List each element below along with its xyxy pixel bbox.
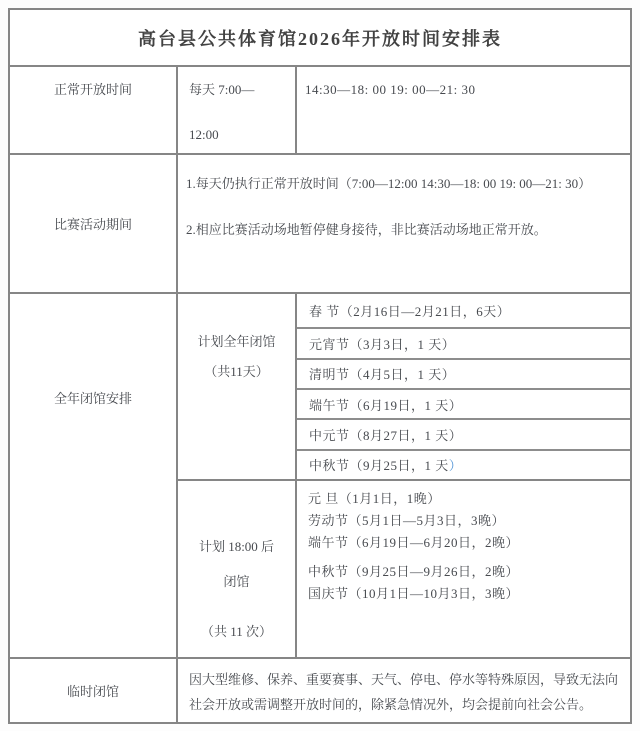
full-day-closure-section: 计划全年闭馆 （共11天） 春 节（2月16日—2月21日，6天） 元宵节（3月… (178, 294, 630, 481)
competition-notes-cell: 1.每天仍执行正常开放时间（7:00—12:00 14:30—18: 00 19… (178, 155, 630, 292)
evening-plan-line1: 计划 18:00 后 (178, 537, 295, 556)
evening-row-new-year: 元 旦（1月1日，1晚） (308, 488, 630, 510)
annual-closure-label: 全年闭馆安排 (10, 294, 178, 657)
row-competition: 比赛活动期间 1.每天仍执行正常开放时间（7:00—12:00 14:30—18… (10, 153, 630, 292)
evening-row-national-day: 国庆节（10月1日—10月3日，3晚） (308, 583, 630, 605)
competition-note-1: 1.每天仍执行正常开放时间（7:00—12:00 14:30—18: 00 19… (186, 162, 622, 205)
row-temporary-closure: 临时闭馆 因大型维修、保养、重要赛事、天气、停电、停水等特殊原因，导致无法向社会… (10, 657, 630, 722)
holiday-row-zhongyuan: 中元节（8月27日，1 天） (297, 420, 630, 450)
competition-label: 比赛活动期间 (10, 155, 178, 292)
page-title: 高台县公共体育馆2026年开放时间安排表 (138, 25, 502, 51)
page: 高台县公共体育馆2026年开放时间安排表 正常开放时间 每天 7:00— 12:… (0, 0, 640, 731)
schedule-table: 高台县公共体育馆2026年开放时间安排表 正常开放时间 每天 7:00— 12:… (8, 8, 632, 724)
row-normal-hours: 正常开放时间 每天 7:00— 12:00 14:30—18: 00 19: 0… (10, 65, 630, 153)
holiday-row-dragon-boat: 端午节（6月19日，1 天） (297, 390, 630, 420)
holiday-row-spring-festival: 春 节（2月16日—2月21日，6天） (297, 294, 630, 329)
holiday-row-qingming: 清明节（4月5日，1 天） (297, 360, 630, 390)
holiday-row-mid-autumn: 中秋节（9月25日，1 天） (297, 451, 630, 479)
evening-row-dragon-boat: 端午节（6月19日—6月20日，2晚） (308, 532, 630, 554)
evening-closure-section: 计划 18:00 后 闭馆 （共 11 次） 元 旦（1月1日，1晚） 劳动节（… (178, 481, 630, 657)
evening-plan-line2: 闭馆 (178, 572, 295, 591)
mid-autumn-blue-paren: ） (449, 455, 463, 474)
mid-autumn-text: 中秋节（9月25日，1 天 (309, 455, 449, 474)
evening-plan-cell: 计划 18:00 后 闭馆 （共 11 次） (178, 481, 297, 657)
evening-holiday-block-2: 中秋节（9月25日—9月26日，2晚） 国庆节（10月1日—10月3日，3晚） (308, 561, 630, 605)
daily-time-line2: 12:00 (189, 127, 219, 142)
evening-row-labor-day: 劳动节（5月1日—5月3日，3晚） (308, 510, 630, 532)
title-row: 高台县公共体育馆2026年开放时间安排表 (10, 10, 630, 65)
normal-hours-daily-cell: 每天 7:00— 12:00 (178, 67, 297, 153)
normal-hours-label: 正常开放时间 (10, 67, 178, 153)
evening-plan-line3: （共 11 次） (178, 622, 295, 641)
row-annual-closure: 全年闭馆安排 计划全年闭馆 （共11天） 春 节（2月16日—2月21日，6天）… (10, 292, 630, 657)
competition-note-2: 2.相应比赛活动场地暂停健身接待，非比赛活动场地正常开放。 (186, 208, 622, 251)
holiday-list: 春 节（2月16日—2月21日，6天） 元宵节（3月3日，1 天） 清明节（4月… (297, 294, 630, 479)
normal-hours-times-cell: 14:30—18: 00 19: 00—21: 30 (297, 67, 630, 153)
holiday-row-lantern-festival: 元宵节（3月3日，1 天） (297, 329, 630, 359)
temporary-closure-note: 因大型维修、保养、重要赛事、天气、停电、停水等特殊原因，导致无法向社会开放或需调… (178, 659, 630, 722)
full-day-plan-line1: 计划全年闭馆 (197, 332, 275, 351)
daily-time-line1: 每天 7:00— (189, 82, 254, 97)
evening-holiday-list: 元 旦（1月1日，1晚） 劳动节（5月1日—5月3日，3晚） 端午节（6月19日… (297, 481, 630, 657)
annual-closure-content: 计划全年闭馆 （共11天） 春 节（2月16日—2月21日，6天） 元宵节（3月… (178, 294, 630, 657)
evening-holiday-block-1: 元 旦（1月1日，1晚） 劳动节（5月1日—5月3日，3晚） 端午节（6月19日… (308, 488, 630, 554)
temporary-closure-label: 临时闭馆 (10, 659, 178, 722)
full-day-plan-cell: 计划全年闭馆 （共11天） (178, 294, 297, 479)
evening-row-mid-autumn: 中秋节（9月25日—9月26日，2晚） (308, 561, 630, 583)
full-day-plan-line2: （共11天） (204, 362, 269, 381)
